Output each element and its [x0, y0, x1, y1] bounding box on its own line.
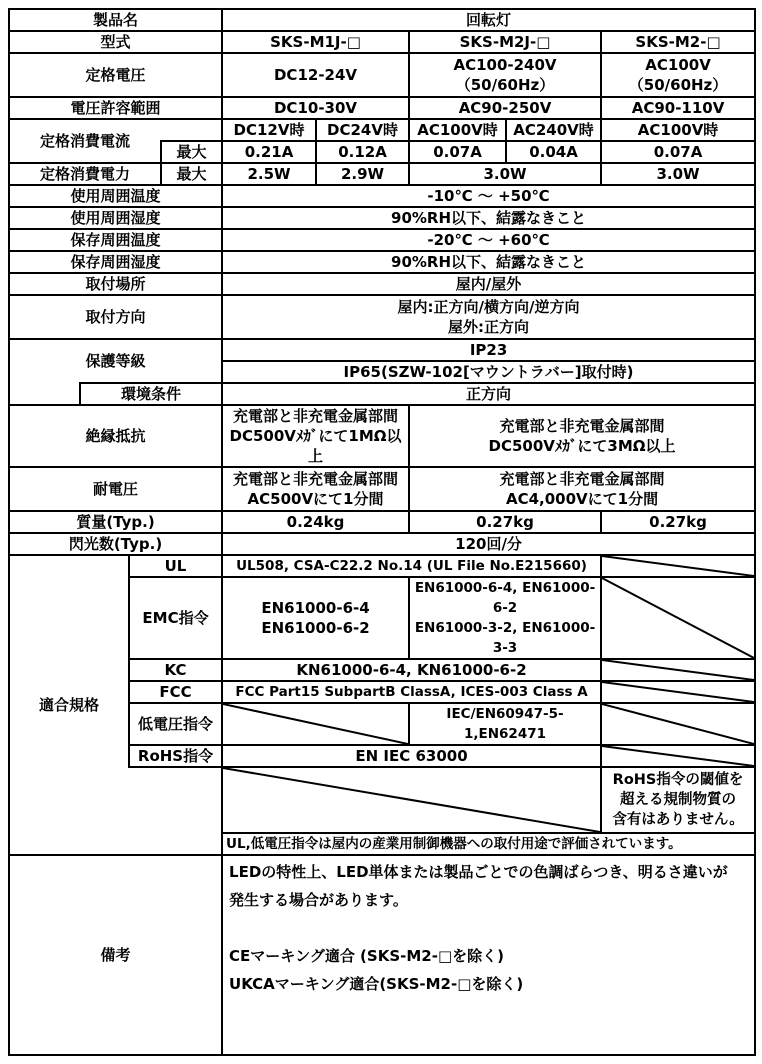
- rated-current-spacer: [161, 119, 222, 141]
- rated-current-h3: AC100V時: [409, 119, 506, 141]
- operating-humidity-value: 90%RH以下、結露なきこと: [222, 207, 755, 229]
- row-storage-humidity: 保存周囲湿度 90%RH以下、結露なきこと: [9, 251, 755, 273]
- mounting-place-label: 取付場所: [9, 273, 222, 295]
- mounting-direction-value: 屋内:正方向/横方向/逆方向 屋外:正方向: [222, 295, 755, 339]
- rated-power-v1: 2.5W: [222, 163, 316, 185]
- rated-current-label: 定格消費電流: [9, 119, 161, 163]
- storage-temp-label: 保存周囲温度: [9, 229, 222, 251]
- standards-rohs-value: EN IEC 63000: [222, 745, 601, 767]
- voltage-range-m3: AC90-110V: [601, 97, 755, 119]
- row-rated-voltage: 定格電圧 DC12-24V AC100-240V （50/60Hz） AC100…: [9, 53, 755, 97]
- rated-current-v4: 0.04A: [506, 141, 601, 163]
- standards-lvd-value: IEC/EN60947-5-1,EN62471: [409, 703, 601, 745]
- mounting-direction-label: 取付方向: [9, 295, 222, 339]
- mass-v3: 0.27kg: [601, 511, 755, 533]
- row-rated-current-header: 定格消費電流 DC12V時 DC24V時 AC100V時 AC240V時 AC1…: [9, 119, 755, 141]
- na-diagonal-line: [223, 704, 408, 744]
- na-diagonal-line: [223, 768, 600, 832]
- row-remarks: 備考 LEDの特性上、LED単体または製品ごとでの色調ばらつき、明るさ違いが 発…: [9, 855, 755, 1055]
- insulation-v1: 充電部と非充電金属部間 DC500Vﾒｶﾞにて1MΩ以上: [222, 405, 409, 467]
- storage-humidity-value: 90%RH以下、結露なきこと: [222, 251, 755, 273]
- na-diagonal-line: [602, 746, 754, 766]
- na-diagonal-line: [602, 578, 754, 658]
- rated-current-h4: AC240V時: [506, 119, 601, 141]
- model-m1: SKS-M1J-□: [222, 31, 409, 53]
- voltage-range-m1: DC10-30V: [222, 97, 409, 119]
- row-product: 製品名 回転灯: [9, 9, 755, 31]
- storage-temp-value: -20℃ ～ +60℃: [222, 229, 755, 251]
- standards-rohs-label: RoHS指令: [129, 745, 222, 767]
- row-mounting-direction: 取付方向 屋内:正方向/横方向/逆方向 屋外:正方向: [9, 295, 755, 339]
- flash-rate-value: 120回/分: [222, 533, 755, 555]
- rated-voltage-m3: AC100V （50/60Hz）: [601, 53, 755, 97]
- standards-ul-note: UL,低電圧指令は屋内の産業用制御機器への取付用途で評価されています。: [222, 833, 755, 855]
- row-environment: 環境条件 正方向: [9, 383, 755, 405]
- rated-current-v5: 0.07A: [601, 141, 755, 163]
- product-value: 回転灯: [222, 9, 755, 31]
- rated-voltage-label: 定格電圧: [9, 53, 222, 97]
- row-withstand-voltage: 耐電圧 充電部と非充電金属部間 AC500Vにて1分間 充電部と非充電金属部間 …: [9, 467, 755, 511]
- protection-label: 保護等級: [9, 339, 222, 383]
- withstand-voltage-v1: 充電部と非充電金属部間 AC500Vにて1分間: [222, 467, 409, 511]
- rated-current-h5: AC100V時: [601, 119, 755, 141]
- row-voltage-range: 電圧許容範囲 DC10-30V AC90-250V AC90-110V: [9, 97, 755, 119]
- row-rated-power: 定格消費電力 最大 2.5W 2.9W 3.0W 3.0W: [9, 163, 755, 185]
- rated-current-v2: 0.12A: [316, 141, 409, 163]
- rated-voltage-m2: AC100-240V （50/60Hz）: [409, 53, 601, 97]
- standards-emc-na: [601, 577, 755, 659]
- row-mass: 質量(Typ.) 0.24kg 0.27kg 0.27kg: [9, 511, 755, 533]
- standards-emc-v2: EN61000-6-4, EN61000-6-2 EN61000-3-2, EN…: [409, 577, 601, 659]
- standards-ul-na: [601, 555, 755, 577]
- standards-fcc-value: FCC Part15 SubpartB ClassA, ICES-003 Cla…: [222, 681, 601, 703]
- mass-label: 質量(Typ.): [9, 511, 222, 533]
- model-m2: SKS-M2J-□: [409, 31, 601, 53]
- model-label: 型式: [9, 31, 222, 53]
- rated-voltage-m1: DC12-24V: [222, 53, 409, 97]
- rated-power-label: 定格消費電力: [9, 163, 161, 185]
- row-storage-temp: 保存周囲温度 -20℃ ～ +60℃: [9, 229, 755, 251]
- rated-current-v3: 0.07A: [409, 141, 506, 163]
- standards-kc-label: KC: [129, 659, 222, 681]
- rated-power-v3: 3.0W: [409, 163, 601, 185]
- insulation-label: 絶縁抵抗: [9, 405, 222, 467]
- rated-current-v1: 0.21A: [222, 141, 316, 163]
- environment-value: 正方向: [222, 383, 755, 405]
- environment-spacer: [9, 383, 80, 405]
- row-flash-rate: 閃光数(Typ.) 120回/分: [9, 533, 755, 555]
- operating-temp-label: 使用周囲温度: [9, 185, 222, 207]
- protection-v2: IP65(SZW-102[マウントラバー]取付時): [222, 361, 755, 383]
- insulation-v2: 充電部と非充電金属部間 DC500Vﾒｶﾞにて3MΩ以上: [409, 405, 755, 467]
- spec-table: 製品名 回転灯 型式 SKS-M1J-□ SKS-M2J-□ SKS-M2-□ …: [8, 8, 756, 1056]
- standards-rohs-note: RoHS指令の閾値を 超える規制物質の 含有はありません。: [601, 767, 755, 833]
- row-model: 型式 SKS-M1J-□ SKS-M2J-□ SKS-M2-□: [9, 31, 755, 53]
- product-label: 製品名: [9, 9, 222, 31]
- withstand-voltage-v2: 充電部と非充電金属部間 AC4,000Vにて1分間: [409, 467, 755, 511]
- na-diagonal-line: [602, 704, 754, 744]
- standards-fcc-label: FCC: [129, 681, 222, 703]
- standards-kc-value: KN61000-6-4, KN61000-6-2: [222, 659, 601, 681]
- row-operating-humidity: 使用周囲湿度 90%RH以下、結露なきこと: [9, 207, 755, 229]
- rated-power-max-label: 最大: [161, 163, 222, 185]
- standards-rohs-note-na: [222, 767, 601, 833]
- flash-rate-label: 閃光数(Typ.): [9, 533, 222, 555]
- voltage-range-m2: AC90-250V: [409, 97, 601, 119]
- standards-fcc-na: [601, 681, 755, 703]
- row-standards-ul: 適合規格 UL UL508, CSA-C22.2 No.14 (UL File …: [9, 555, 755, 577]
- standards-lvd-na: [601, 703, 755, 745]
- standards-lvd-na-left: [222, 703, 409, 745]
- na-diagonal-line: [602, 682, 754, 702]
- standards-lvd-label: 低電圧指令: [129, 703, 222, 745]
- standards-ul-label: UL: [129, 555, 222, 577]
- storage-humidity-label: 保存周囲湿度: [9, 251, 222, 273]
- standards-kc-na: [601, 659, 755, 681]
- rated-power-v4: 3.0W: [601, 163, 755, 185]
- mass-v1: 0.24kg: [222, 511, 409, 533]
- standards-rohs-na: [601, 745, 755, 767]
- rated-current-h1: DC12V時: [222, 119, 316, 141]
- mass-v2: 0.27kg: [409, 511, 601, 533]
- standards-label: 適合規格: [9, 555, 129, 855]
- na-diagonal-line: [602, 556, 754, 576]
- protection-v1: IP23: [222, 339, 755, 361]
- remarks-value: LEDの特性上、LED単体または製品ごとでの色調ばらつき、明るさ違いが 発生する…: [222, 855, 755, 1055]
- withstand-voltage-label: 耐電圧: [9, 467, 222, 511]
- row-operating-temp: 使用周囲温度 -10℃ ～ +50℃: [9, 185, 755, 207]
- na-diagonal-line: [602, 660, 754, 680]
- mounting-place-value: 屋内/屋外: [222, 273, 755, 295]
- row-mounting-place: 取付場所 屋内/屋外: [9, 273, 755, 295]
- standards-ul-value: UL508, CSA-C22.2 No.14 (UL File No.E2156…: [222, 555, 601, 577]
- model-m3: SKS-M2-□: [601, 31, 755, 53]
- operating-temp-value: -10℃ ～ +50℃: [222, 185, 755, 207]
- standards-emc-v1: EN61000-6-4 EN61000-6-2: [222, 577, 409, 659]
- rated-current-h2: DC24V時: [316, 119, 409, 141]
- voltage-range-label: 電圧許容範囲: [9, 97, 222, 119]
- standards-spacer: [129, 767, 222, 855]
- rated-power-v2: 2.9W: [316, 163, 409, 185]
- remarks-label: 備考: [9, 855, 222, 1055]
- environment-label: 環境条件: [80, 383, 222, 405]
- row-protection-ip23: 保護等級 IP23: [9, 339, 755, 361]
- standards-emc-label: EMC指令: [129, 577, 222, 659]
- row-insulation: 絶縁抵抗 充電部と非充電金属部間 DC500Vﾒｶﾞにて1MΩ以上 充電部と非充…: [9, 405, 755, 467]
- rated-current-max-label: 最大: [161, 141, 222, 163]
- operating-humidity-label: 使用周囲湿度: [9, 207, 222, 229]
